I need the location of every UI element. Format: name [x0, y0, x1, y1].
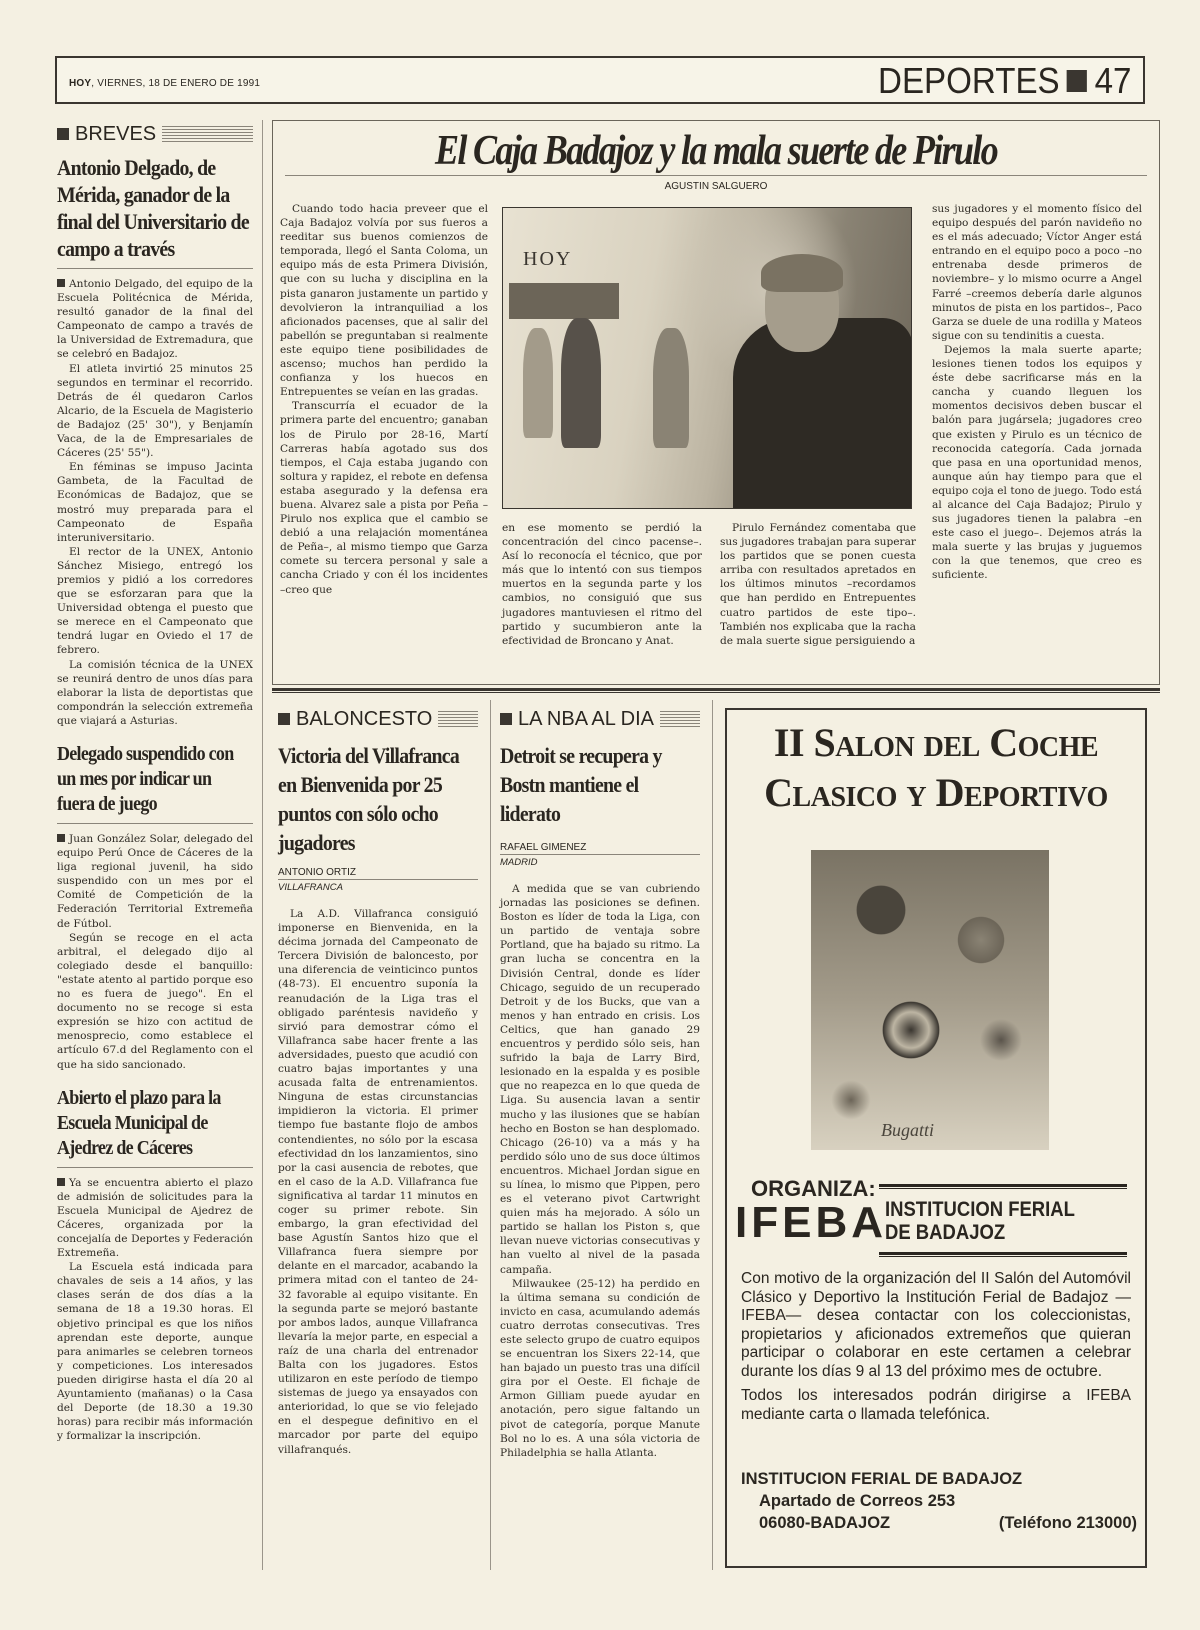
main-article-col3: Pirulo Fernández comentaba que sus jugad… — [720, 521, 916, 648]
double-rule — [879, 1184, 1127, 1189]
headline: Abierto el plazo para la Escuela Municip… — [57, 1086, 251, 1161]
section-divider — [272, 688, 1160, 693]
main-article-col4: sus jugadores y el momento físico del eq… — [932, 202, 1142, 583]
photo-signature: Bugatti — [881, 1120, 934, 1141]
player-figure — [653, 328, 689, 448]
column-divider — [262, 120, 263, 1570]
ifeba-logo: IFEBA — [735, 1198, 887, 1248]
player-figure — [523, 328, 553, 438]
divider — [57, 1167, 253, 1168]
main-headline: El Caja Badajoz y la mala suerte de Piru… — [335, 127, 1097, 175]
square-bullet-icon — [57, 1178, 65, 1186]
baloncesto-column: BALONCESTO Victoria del Villafranca en B… — [278, 707, 478, 1457]
page-header: HOY, VIERNES, 18 DE ENERO DE 1991 DEPORT… — [55, 56, 1145, 104]
ad-title-line1: II Salon del Coche — [727, 718, 1145, 768]
column-divider — [490, 700, 491, 1570]
newspaper-name: HOY — [69, 78, 91, 89]
institution-name: INSTITUCION FERIAL DE BADAJOZ — [885, 1198, 1075, 1244]
hoy-sign: HOY — [523, 248, 572, 271]
ad-contact: INSTITUCION FERIAL DE BADAJOZ Apartado d… — [741, 1468, 1137, 1534]
byline: RAFAEL GIMENEZ — [500, 842, 700, 853]
photo-coach-courtside: HOY — [502, 207, 912, 509]
byline: AGUSTIN SALGUERO — [273, 181, 1159, 192]
breves-kicker: BREVES — [57, 122, 253, 146]
arena-banner — [509, 283, 619, 319]
square-bullet-icon — [57, 834, 65, 842]
main-article-col1: Cuando todo hacia preveer que el Caja Ba… — [280, 202, 488, 597]
divider — [57, 268, 253, 269]
divider — [57, 823, 253, 824]
article-body: Ya se encuentra abierto el plazo de admi… — [57, 1176, 253, 1444]
square-bullet-icon — [57, 279, 65, 287]
section-title: DEPORTES 47 — [878, 58, 1131, 104]
rule-lines — [660, 711, 700, 727]
contact-address: Apartado de Correos 253 — [741, 1490, 1137, 1512]
rule-lines — [162, 126, 253, 142]
square-bullet-icon — [500, 713, 512, 725]
divider — [285, 175, 1147, 176]
headline: Victoria del Villafranca en Bienvenida p… — [278, 741, 476, 857]
headline: Detroit se recupera y Bostn mantiene el … — [500, 741, 698, 828]
dateline: MADRID — [500, 857, 700, 868]
square-bullet-icon — [1067, 70, 1087, 92]
double-rule — [879, 1252, 1127, 1257]
ad-body: Con motivo de la organización del II Sal… — [741, 1270, 1131, 1424]
article-body: Juan González Solar, delegado del equipo… — [57, 832, 253, 1072]
breves-column: BREVES Antonio Delgado, de Mérida, ganad… — [57, 122, 253, 1443]
contact-name: INSTITUCION FERIAL DE BADAJOZ — [741, 1468, 1137, 1490]
header-date: HOY, VIERNES, 18 DE ENERO DE 1991 — [69, 78, 260, 89]
article-brief-1: Antonio Delgado, de Mérida, ganador de l… — [57, 154, 253, 728]
nba-column: LA NBA AL DIA Detroit se recupera y Bost… — [500, 707, 700, 1460]
byline: ANTONIO ORTIZ — [278, 867, 478, 878]
nba-kicker: LA NBA AL DIA — [500, 707, 700, 731]
page-number: 47 — [1094, 58, 1131, 104]
baloncesto-kicker: BALONCESTO — [278, 707, 478, 731]
article-body: A medida que se van cubriendo jornadas l… — [500, 882, 700, 1460]
article-body: La A.D. Villafranca consiguió imponerse … — [278, 907, 478, 1457]
classic-car-emblems-photo: Bugatti — [811, 850, 1049, 1150]
rule-lines — [438, 711, 478, 727]
coach-figure — [733, 318, 912, 509]
divider — [500, 854, 700, 855]
divider — [278, 879, 478, 880]
headline: Delegado suspendido con un mes por indic… — [57, 742, 251, 817]
column-divider — [712, 700, 713, 1570]
contact-city-phone: 06080-BADAJOZ (Teléfono 213000) — [741, 1512, 1137, 1534]
article-brief-2: Delegado suspendido con un mes por indic… — [57, 742, 253, 1072]
article-brief-3: Abierto el plazo para la Escuela Municip… — [57, 1086, 253, 1444]
player-figure — [561, 318, 601, 448]
contact-phone: (Teléfono 213000) — [999, 1512, 1137, 1534]
square-bullet-icon — [278, 713, 290, 725]
main-article-col2: en ese momento se perdió la concentració… — [502, 521, 702, 648]
ad-title-line2: Clasico y Deportivo — [727, 768, 1145, 818]
headline: Antonio Delgado, de Mérida, ganador de l… — [57, 154, 251, 262]
advertisement-salon-coche: II Salon del Coche Clasico y Deportivo B… — [725, 708, 1147, 1568]
article-body: Antonio Delgado, del equipo de la Escuel… — [57, 277, 253, 728]
coach-hair — [761, 254, 843, 292]
dateline: VILLAFRANCA — [278, 882, 478, 893]
square-bullet-icon — [57, 128, 69, 140]
